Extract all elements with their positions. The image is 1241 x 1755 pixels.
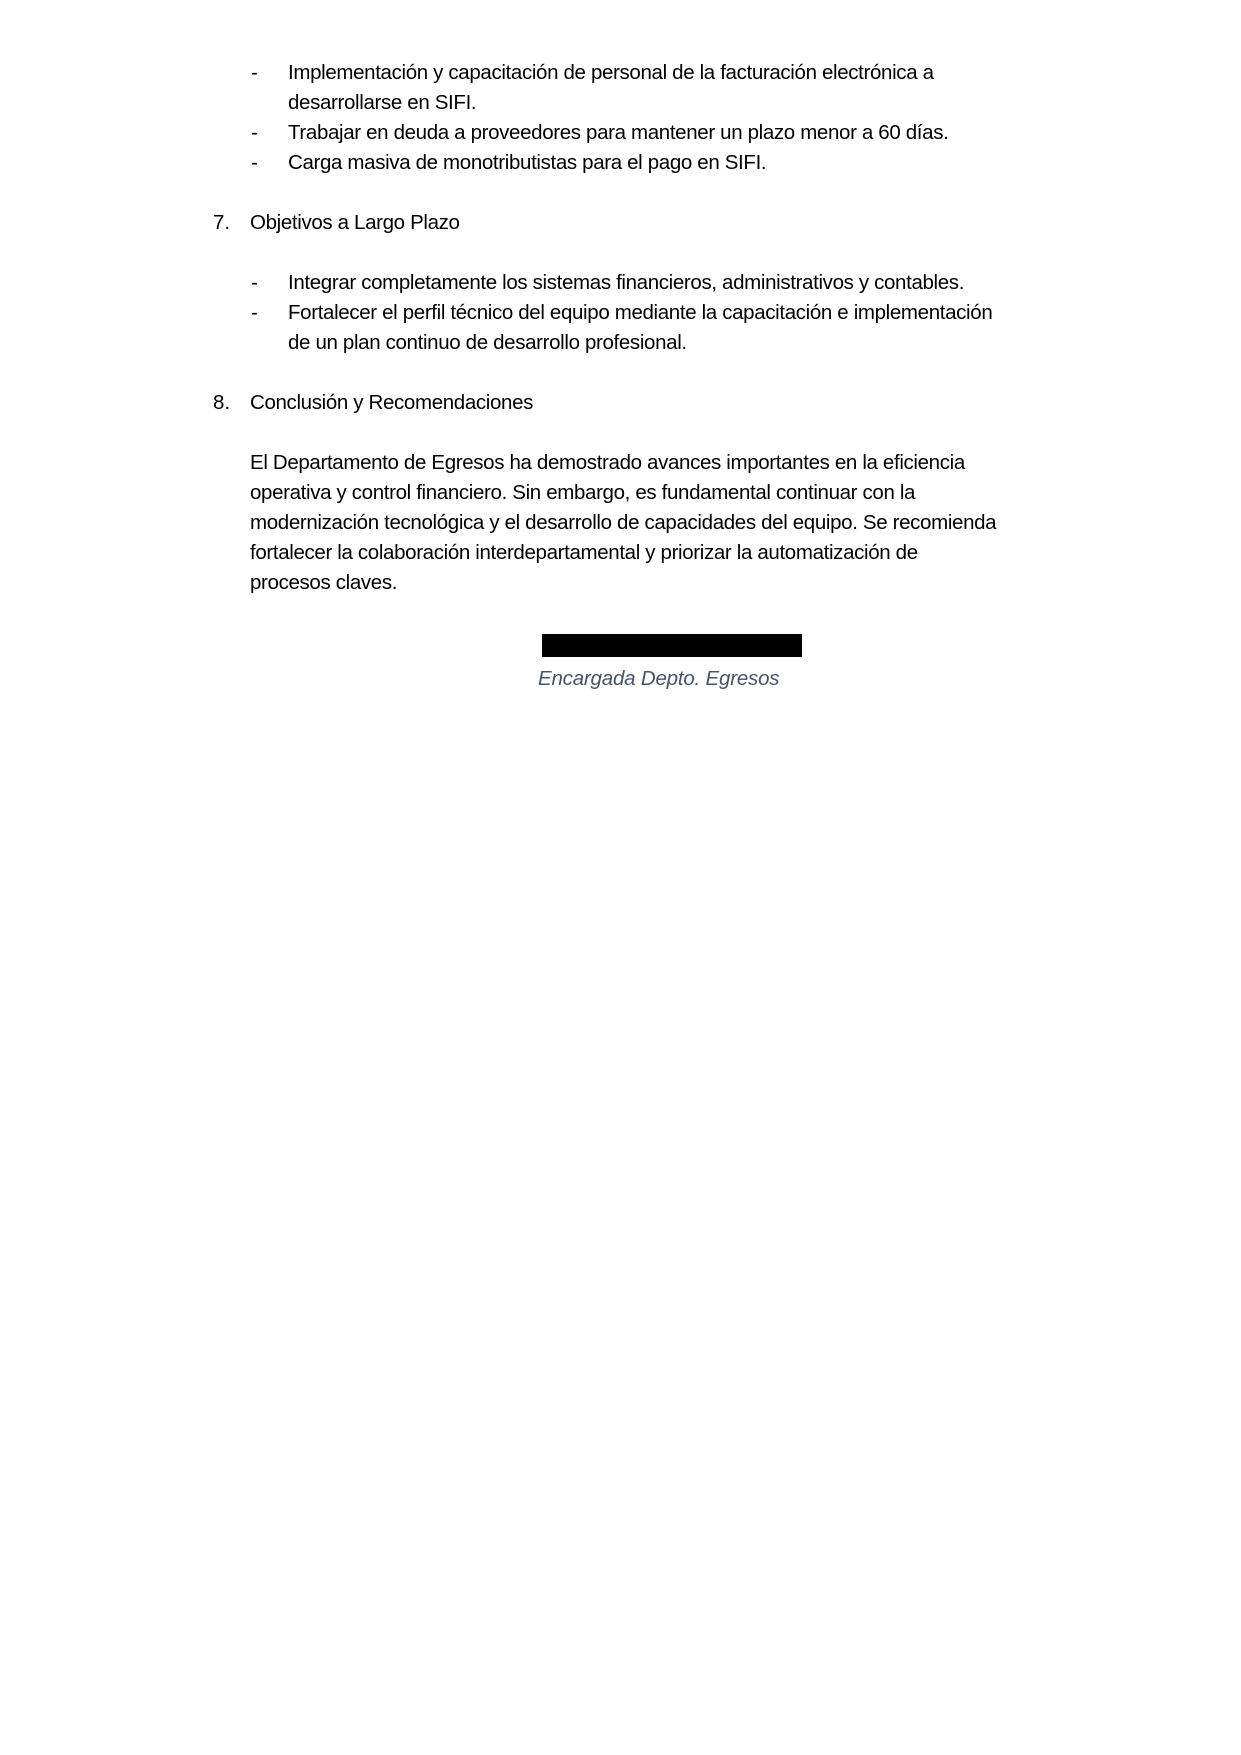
bullet-marker: - — [251, 298, 258, 328]
paragraph-line: procesos claves. — [250, 568, 397, 598]
bullet-marker: - — [251, 148, 258, 178]
section-title: Objetivos a Largo Plazo — [250, 208, 460, 238]
document-page: - Implementación y capacitación de perso… — [0, 0, 1241, 1755]
section-title: Conclusión y Recomendaciones — [250, 388, 533, 418]
paragraph-line: fortalecer la colaboración interdepartam… — [250, 538, 918, 568]
redacted-signature-name — [542, 634, 802, 657]
bullet-text: Integrar completamente los sistemas fina… — [288, 268, 964, 298]
paragraph-line: operativa y control financiero. Sin emba… — [250, 478, 915, 508]
bullet-text: Implementación y capacitación de persona… — [288, 58, 934, 88]
bullet-marker: - — [251, 58, 258, 88]
signature-role: Encargada Depto. Egresos — [538, 665, 779, 693]
bullet-text: Carga masiva de monotributistas para el … — [288, 148, 766, 178]
paragraph-line: modernización tecnológica y el desarroll… — [250, 508, 996, 538]
bullet-marker: - — [251, 118, 258, 148]
bullet-text: desarrollarse en SIFI. — [288, 88, 476, 118]
section-number: 7. — [213, 208, 230, 238]
bullet-text: de un plan continuo de desarrollo profes… — [288, 328, 687, 358]
section-number: 8. — [213, 388, 230, 418]
bullet-marker: - — [251, 268, 258, 298]
bullet-text: Fortalecer el perfil técnico del equipo … — [288, 298, 992, 328]
paragraph-line: El Departamento de Egresos ha demostrado… — [250, 448, 965, 478]
bullet-text: Trabajar en deuda a proveedores para man… — [288, 118, 948, 148]
